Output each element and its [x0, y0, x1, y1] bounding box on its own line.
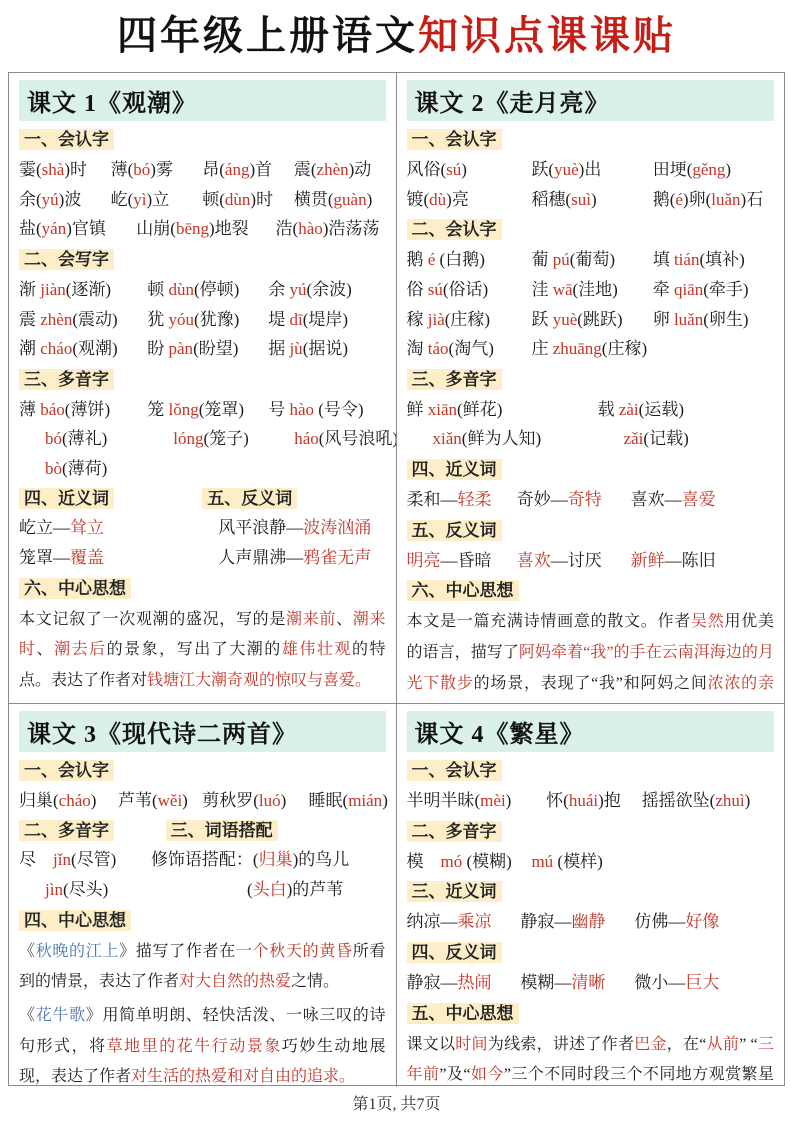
word-entry: 笼 lǒng(笼罩)	[147, 398, 268, 423]
word-line: xiǎn(鲜为人知)zǎi(记载)	[407, 427, 775, 452]
word-entry: 纳凉—乘凉	[407, 910, 521, 935]
highlight-red-text: bó	[45, 429, 62, 448]
body-text: 静寂—	[520, 912, 571, 931]
section-header-row: 三、多音字	[19, 367, 386, 393]
section-header-row: 五、反义词	[407, 518, 775, 544]
word-line: 柔和—轻柔奇妙—奇特喜欢—喜爱	[407, 488, 775, 513]
body-text: 之情。	[291, 973, 339, 990]
body-text: 横贯(	[294, 190, 334, 209]
word-entry: (头白)的芦苇	[151, 878, 386, 903]
word-entry: háo(风号浪吼)	[268, 427, 385, 452]
highlight-red-text: guàn	[334, 190, 367, 209]
highlight-red-text: mián	[348, 791, 382, 810]
word-entry: 静寂—幽静	[520, 910, 634, 935]
highlight-red-text: jù	[289, 339, 302, 358]
body-text: 葡	[531, 250, 552, 269]
word-entry: 震 zhèn(震动)	[19, 308, 147, 333]
body-text: (白鹅)	[435, 250, 485, 269]
body-text: 载	[598, 400, 619, 419]
highlight-red-text: táo	[428, 339, 449, 358]
word-entry: 模 mó (模糊)	[407, 850, 532, 875]
word-line: 鹅 é (白鹅)葡 pú(葡萄)填 tián(填补)	[407, 248, 775, 273]
body-text: (风号浪吼)	[319, 429, 397, 448]
body-text: (逐渐)	[66, 280, 111, 299]
section-header: 一、会认字	[19, 760, 114, 781]
body-text: 、	[336, 611, 353, 628]
body-text: 笼	[147, 400, 168, 419]
word-entry: mú (模样)	[531, 850, 774, 875]
section-header: 二、会认字	[407, 219, 502, 240]
highlight-red-text: lóng	[173, 429, 203, 448]
body-text: (薄礼)	[62, 429, 107, 448]
highlight-red-text: 潮来前	[286, 611, 336, 628]
word-entry: 喜欢—喜爱	[631, 488, 774, 513]
highlight-red-text: 巴金	[634, 1036, 667, 1053]
highlight-red-text: huái	[569, 791, 598, 810]
dual-header-cell: 五、反义词	[202, 487, 385, 512]
highlight-red-text: yuè	[553, 310, 578, 329]
word-entry: 微小—巨大	[634, 971, 774, 996]
word-entry: 鹅(é)卵(luǎn)石	[653, 188, 774, 213]
highlight-red-text: xiǎn	[433, 429, 462, 448]
summary-paragraph: 课文以时间为线索，讲述了作者巴金，在“从前” “三年前”及“如今”三个不同时段三…	[407, 1030, 775, 1087]
word-entry: 潮 cháo(观潮)	[19, 337, 147, 362]
word-entry: 喜欢—讨厌	[517, 549, 631, 574]
section-header: 六、中心思想	[19, 578, 131, 599]
word-entry: 稼 jià(庄稼)	[407, 308, 532, 333]
body-text: 为线索，讲述了作者	[488, 1036, 634, 1053]
highlight-red-text: 乘凉	[458, 912, 492, 931]
body-text: )出	[579, 160, 602, 179]
section-header: 一、会认字	[19, 129, 114, 150]
body-text: 半明半昧(	[407, 791, 481, 810]
highlight-red-text: suì	[571, 190, 591, 209]
body-text: 号	[268, 400, 289, 419]
highlight-red-text: sú	[428, 280, 443, 299]
lesson-title: 课文 4《繁星》	[407, 711, 775, 752]
word-entry: 跃 yuè(跳跃)	[531, 308, 652, 333]
word-entry: 静寂—热闹	[407, 971, 521, 996]
highlight-red-text: 一个秋天的黄昏	[236, 943, 353, 960]
body-text: 盼	[147, 339, 168, 358]
body-text: (卵生)	[703, 310, 748, 329]
section-header: 四、近义词	[19, 488, 114, 509]
highlight-red-text: 吴然	[691, 613, 724, 630]
body-text: (尽管)	[71, 850, 116, 869]
highlight-red-text: wěi	[158, 791, 183, 810]
book-title-text: 花牛歌	[36, 1007, 86, 1024]
highlight-red-text: 雄伟壮观	[282, 641, 352, 658]
body-text: 芦苇(	[118, 791, 158, 810]
highlight-red-text: yóu	[169, 310, 195, 329]
word-entry: 明亮—昏暗	[407, 549, 517, 574]
word-line: 半明半昧(mèi)怀(huái)抱摇摇欲坠(zhuì)	[407, 789, 775, 814]
body-text: )	[506, 791, 512, 810]
body-text: 模	[407, 852, 441, 871]
body-text: )亮	[446, 190, 469, 209]
body-text: 本文是一篇充满诗情画意的散文。作者	[407, 613, 692, 630]
body-text: )浩荡荡	[323, 219, 380, 238]
body-text: )时	[64, 160, 87, 179]
highlight-red-text: 鸦雀无声	[303, 548, 371, 567]
body-text: 课文以	[407, 1036, 456, 1053]
word-line: 俗 sú(俗话)洼 wā(洼地)牵 qiān(牵手)	[407, 278, 775, 303]
body-text: 昂(	[202, 160, 225, 179]
summary-paragraph: 本文是一篇充满诗情画意的散文。作者吴然用优美的语言，描写了阿妈牵着“我”的手在云…	[407, 607, 775, 704]
body-text: 顿	[147, 280, 168, 299]
body-text: (犹豫)	[194, 310, 239, 329]
section-header-row: 一、会认字	[19, 127, 386, 153]
body-text: )	[745, 791, 751, 810]
body-text: 睡眠(	[309, 791, 349, 810]
body-text: (笼子)	[204, 429, 249, 448]
body-text: (鲜花)	[457, 400, 502, 419]
highlight-red-text: zhuì	[715, 791, 744, 810]
body-text: (模糊)	[462, 852, 512, 871]
body-text: 喜欢—	[631, 490, 682, 509]
word-entry: 洼 wā(洼地)	[531, 278, 652, 303]
body-text: )	[725, 160, 731, 179]
body-text: 犹	[147, 310, 168, 329]
word-entry: 昂(áng)首	[202, 158, 294, 183]
word-line: 静寂—热闹模糊—清晰微小—巨大	[407, 971, 775, 996]
word-entry: 载 zài(运载)	[598, 398, 774, 423]
body-text: 、	[37, 641, 55, 658]
highlight-red-text: yuè	[554, 160, 579, 179]
highlight-red-text: 时间	[455, 1036, 488, 1053]
word-entry: 俗 sú(俗话)	[407, 278, 532, 303]
word-entry: 震(zhèn)动	[294, 158, 386, 183]
word-line: 明亮—昏暗喜欢—讨厌新鲜—陈旧	[407, 549, 775, 574]
body-text: (盼望)	[193, 339, 238, 358]
body-text: 柔和—	[407, 490, 458, 509]
word-entry: 模糊—清晰	[520, 971, 634, 996]
word-entry: 风平浪静—波涛汹涌	[202, 516, 385, 541]
body-text: 震(	[294, 160, 317, 179]
body-text: (跳跃)	[577, 310, 622, 329]
book-title-text: 秋晚的江上	[36, 943, 119, 960]
body-text: 鲜	[407, 400, 428, 419]
body-text: ，在“	[667, 1036, 707, 1053]
highlight-red-text: yú	[289, 280, 306, 299]
word-line: 潮 cháo(观潮)盼 pàn(盼望)据 jù(据说)	[19, 337, 386, 362]
word-entry: 葡 pú(葡萄)	[531, 248, 652, 273]
worksheet-page: 四年级上册语文知识点课课贴 课文 1《观潮》一、会认字霎(shà)时薄(bó)雾…	[0, 0, 793, 1122]
summary-paragraph: 《花牛歌》用简单明朗、轻快活泼、一咏三叹的诗句形式，将草地里的花牛行动景象巧妙生…	[19, 1001, 386, 1087]
word-entry: 横贯(guàn)	[294, 188, 386, 213]
word-entry: 山崩(bēng)地裂	[136, 217, 275, 242]
highlight-red-text: dī	[289, 310, 302, 329]
body-text: )的芦苇	[287, 880, 344, 899]
body-text: 跃	[531, 310, 552, 329]
word-entry: 卵 luǎn(卵生)	[653, 308, 774, 333]
body-text: (据说)	[303, 339, 348, 358]
highlight-red-text: jià	[428, 310, 445, 329]
body-text: 剪秋罗(	[202, 791, 259, 810]
word-entry: 摇摇欲坠(zhuì)	[642, 789, 774, 814]
body-text: 庄	[531, 339, 552, 358]
highlight-red-text: 热闹	[458, 973, 492, 992]
highlight-red-text: 明亮	[407, 551, 441, 570]
word-entry: 柔和—轻柔	[407, 488, 517, 513]
body-text: 鹅	[407, 250, 428, 269]
body-text: 微小—	[634, 973, 685, 992]
body-text: (牵手)	[703, 280, 748, 299]
section-header-row: 二、多音字	[407, 819, 775, 845]
body-text: 薄(	[111, 160, 134, 179]
highlight-red-text: tián	[674, 250, 700, 269]
highlight-red-text: mèi	[480, 791, 506, 810]
body-text: )	[591, 190, 597, 209]
body-text: 镀(	[407, 190, 430, 209]
body-text: )	[461, 160, 467, 179]
word-entry: 犹 yóu(犹豫)	[147, 308, 268, 333]
highlight-red-text: háo	[294, 429, 319, 448]
page-number: 第1页, 共7页	[0, 1091, 793, 1114]
word-line: 盐(yán)官镇山崩(bēng)地裂浩(hào)浩荡荡	[19, 217, 386, 242]
section-header-row: 四、反义词	[407, 940, 775, 966]
word-entry: bó(薄礼)	[19, 427, 147, 452]
word-entry: 顿(dùn)时	[202, 188, 294, 213]
body-text: 静寂—	[407, 973, 458, 992]
word-line: 笼罩—覆盖人声鼎沸—鸦雀无声	[19, 546, 386, 571]
highlight-red-text: dù	[429, 190, 446, 209]
highlight-red-text: 对大自然的热爱	[179, 973, 291, 990]
body-text: 潮	[19, 339, 40, 358]
highlight-red-text: 从前	[706, 1036, 739, 1053]
dual-header-cell: 四、近义词	[19, 487, 202, 512]
word-line: 镀(dù)亮稻穗(suì)鹅(é)卵(luǎn)石	[407, 188, 775, 213]
section-header-row: 四、中心思想	[19, 908, 386, 934]
body-text: (庄稼)	[445, 310, 490, 329]
word-entry: 稻穗(suì)	[531, 188, 652, 213]
body-text: )石	[741, 190, 764, 209]
word-entry: 盼 pàn(盼望)	[147, 337, 268, 362]
highlight-red-text: 喜爱	[682, 490, 716, 509]
highlight-red-text: yán	[42, 219, 67, 238]
highlight-red-text: zhèn	[40, 310, 72, 329]
word-line: 余(yú)波屹(yì)立顿(dùn)时横贯(guàn)	[19, 188, 386, 213]
section-header: 三、词语搭配	[166, 820, 278, 841]
body-text: )时	[250, 190, 273, 209]
highlight-red-text: zài	[619, 400, 639, 419]
body-text: 屹立—	[19, 518, 70, 537]
body-text: 顿(	[202, 190, 225, 209]
section-header: 一、会认字	[407, 129, 502, 150]
highlight-red-text: yú	[42, 190, 59, 209]
highlight-red-text: 覆盖	[70, 548, 104, 567]
highlight-red-text: 对生活的热爱和对自由的追求。	[131, 1068, 355, 1085]
highlight-red-text: hào	[289, 400, 314, 419]
dual-section-header-row: 四、近义词五、反义词	[19, 487, 386, 512]
body-text: (葡萄)	[570, 250, 615, 269]
body-text: )	[367, 190, 373, 209]
highlight-red-text: zǎi	[624, 429, 644, 448]
word-entry: 顿 dùn(停顿)	[147, 278, 268, 303]
highlight-red-text: 耸立	[70, 518, 104, 537]
body-text: 本文记叙了一次观潮的盛况，写的是	[19, 611, 286, 628]
body-text: 尽	[19, 850, 53, 869]
body-text: ”及“	[439, 1066, 470, 1083]
highlight-red-text: cháo	[59, 791, 91, 810]
section-header-row: 一、会认字	[407, 127, 775, 153]
highlight-red-text: 潮去后	[54, 641, 107, 658]
word-entry: 淘 táo(淘气)	[407, 337, 532, 362]
word-entry: 号 hào (号令)	[268, 398, 385, 423]
section-header: 三、多音字	[19, 369, 114, 390]
section-header-row: 一、会认字	[19, 758, 386, 784]
highlight-red-text: mú	[531, 852, 553, 871]
word-line: 归巢(cháo)芦苇(wěi)剪秋罗(luó)睡眠(mián)	[19, 789, 386, 814]
word-entry: 浩(hào)浩荡荡	[276, 217, 386, 242]
word-line: 屹立—耸立风平浪静—波涛汹涌	[19, 516, 386, 541]
body-text: ” “	[739, 1036, 757, 1053]
body-text: 》描写了作者在	[119, 943, 236, 960]
body-text: 归巢(	[19, 791, 59, 810]
highlight-red-text: 钱塘江大潮奇观的惊叹与喜爱。	[147, 672, 371, 689]
word-line: 风俗(sú)跃(yuè)出田埂(gěng)	[407, 158, 775, 183]
section-header: 五、反义词	[202, 488, 297, 509]
body-text: 余	[268, 280, 289, 299]
body-text: (观潮)	[72, 339, 117, 358]
section-header: 二、多音字	[19, 820, 114, 841]
highlight-red-text: jiàn	[40, 280, 66, 299]
section-header: 四、近义词	[407, 459, 502, 480]
section-header: 四、反义词	[407, 942, 502, 963]
body-text: 怀(	[546, 791, 569, 810]
lesson-3-panel: 课文 3《现代诗二两首》一、会认字归巢(cháo)芦苇(wěi)剪秋罗(luó)…	[9, 704, 397, 1087]
body-text: 填	[653, 250, 674, 269]
body-text: )动	[349, 160, 372, 179]
highlight-red-text: cháo	[40, 339, 72, 358]
word-entry: 薄(bó)雾	[111, 158, 203, 183]
body-text: )抱	[598, 791, 621, 810]
word-entry: 屹立—耸立	[19, 516, 202, 541]
highlight-red-text: bò	[45, 459, 62, 478]
word-entry: 田埂(gěng)	[653, 158, 774, 183]
body-text: 山崩(	[136, 219, 176, 238]
body-text: )	[91, 791, 97, 810]
summary-paragraph: 《秋晚的江上》描写了作者在一个秋天的黄昏所看到的情景，表达了作者对大自然的热爱之…	[19, 937, 386, 998]
word-entry: 睡眠(mián)	[309, 789, 386, 814]
highlight-red-text: bó	[133, 160, 150, 179]
word-entry: 屹(yì)立	[111, 188, 203, 213]
word-line: 渐 jiàn(逐渐)顿 dùn(停顿)余 yú(余波)	[19, 278, 386, 303]
word-line: jìn(尽头)(头白)的芦苇	[19, 878, 386, 903]
word-entry: 芦苇(wěi)	[118, 789, 202, 814]
highlight-red-text: 喜欢	[517, 551, 551, 570]
word-entry: 鲜 xiān(鲜花)	[407, 398, 598, 423]
body-text: 修饰语搭配：(	[151, 850, 259, 869]
highlight-red-text: 清晰	[571, 973, 605, 992]
highlight-red-text: 归巢	[259, 850, 293, 869]
body-text: )	[182, 791, 188, 810]
highlight-red-text: 奇特	[568, 490, 602, 509]
highlight-red-text: pú	[553, 250, 570, 269]
page-title-black: 四年级上册语文	[117, 13, 418, 58]
body-text: 模糊—	[520, 973, 571, 992]
word-entry: 堤 dī(堤岸)	[268, 308, 385, 333]
word-entry: lóng(笼子)	[147, 427, 268, 452]
word-line: 淘 táo(淘气)庄 zhuāng(庄稼)	[407, 337, 775, 362]
word-entry: 霎(shà)时	[19, 158, 111, 183]
word-entry: 怀(huái)抱	[546, 789, 642, 814]
word-line: 稼 jià(庄稼)跃 yuè(跳跃)卵 luǎn(卵生)	[407, 308, 775, 333]
section-header: 五、反义词	[407, 520, 502, 541]
body-text: 田埂(	[653, 160, 693, 179]
highlight-red-text: shà	[42, 160, 65, 179]
highlight-red-text: pàn	[169, 339, 194, 358]
body-text: 渐	[19, 280, 40, 299]
word-entry: 薄 báo(薄饼)	[19, 398, 147, 423]
dual-header-cell: 二、多音字	[19, 819, 166, 844]
word-entry: xiǎn(鲜为人知)	[407, 427, 598, 452]
body-text: 的场景，表现了“我”和阿妈之间	[474, 675, 708, 692]
body-text: 跃(	[531, 160, 554, 179]
body-text: (薄荷)	[62, 459, 107, 478]
word-entry: 庄 zhuāng(庄稼)	[531, 337, 774, 362]
section-header-row: 六、中心思想	[19, 576, 386, 602]
body-text: 震	[19, 310, 40, 329]
word-line: bò(薄荷)	[19, 457, 386, 482]
body-text: )立	[147, 190, 170, 209]
lesson-title: 课文 1《观潮》	[19, 80, 386, 121]
body-text: (庄稼)	[602, 339, 647, 358]
page-title-red: 知识点课课贴	[418, 13, 676, 58]
body-text: 盐(	[19, 219, 42, 238]
highlight-red-text: 轻柔	[458, 490, 492, 509]
body-text: 牵	[653, 280, 674, 299]
body-text: (震动)	[72, 310, 117, 329]
body-text: 薄	[19, 400, 40, 419]
body-text: (记载)	[643, 429, 688, 448]
highlight-red-text: 巨大	[685, 973, 719, 992]
highlight-red-text: luó	[259, 791, 281, 810]
section-header-row: 五、中心思想	[407, 1001, 775, 1027]
lesson-2-panel: 课文 2《走月亮》一、会认字风俗(sú)跃(yuè)出田埂(gěng)镀(dù)…	[397, 73, 785, 704]
word-entry: 笼罩—覆盖	[19, 546, 202, 571]
page-title: 四年级上册语文知识点课课贴	[0, 0, 793, 60]
word-line: 霎(shà)时薄(bó)雾昂(áng)首震(zhèn)动	[19, 158, 386, 183]
body-text: )卵(	[683, 190, 711, 209]
word-entry: 风俗(sú)	[407, 158, 532, 183]
word-entry: 人声鼎沸—鸦雀无声	[202, 546, 385, 571]
summary-paragraph: 本文记叙了一次观潮的盛况，写的是潮来前、潮来时、潮去后的景象，写出了大潮的雄伟壮…	[19, 605, 386, 697]
word-line: 震 zhèn(震动)犹 yóu(犹豫)堤 dī(堤岸)	[19, 308, 386, 333]
body-text: )雾	[150, 160, 173, 179]
section-header-row: 一、会认字	[407, 758, 775, 784]
word-entry: 修饰语搭配：(归巢)的鸟儿	[151, 848, 386, 873]
highlight-red-text: luǎn	[674, 310, 703, 329]
highlight-red-text: jǐn	[53, 850, 71, 869]
word-entry: 余(yú)波	[19, 188, 111, 213]
word-entry: 鹅 é (白鹅)	[407, 248, 532, 273]
body-text: (洼地)	[573, 280, 618, 299]
body-text: 淘	[407, 339, 428, 358]
word-entry: 牵 qiān(牵手)	[653, 278, 774, 303]
word-entry: 镀(dù)亮	[407, 188, 532, 213]
body-text: )地裂	[209, 219, 249, 238]
body-text: —陈旧	[665, 551, 716, 570]
highlight-red-text: bēng	[176, 219, 209, 238]
body-text: 俗	[407, 280, 428, 299]
word-entry: 剪秋罗(luó)	[202, 789, 308, 814]
highlight-red-text: 如今	[470, 1066, 503, 1083]
body-text: (号令)	[314, 400, 364, 419]
word-entry: 据 jù(据说)	[268, 337, 385, 362]
highlight-red-text: 头白	[253, 880, 287, 899]
section-header-row: 六、中心思想	[407, 578, 775, 604]
